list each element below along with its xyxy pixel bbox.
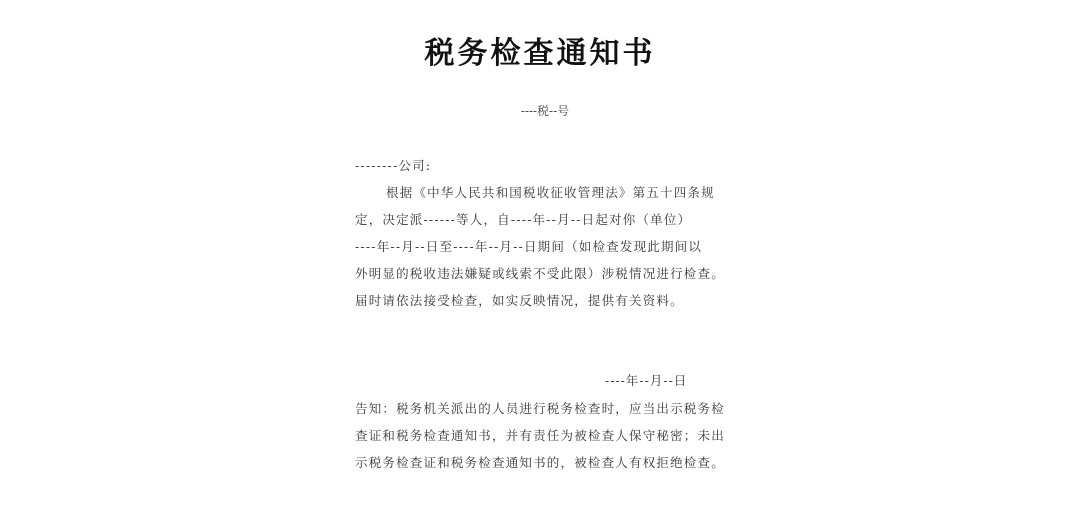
document-number: ----税--号: [0, 102, 1080, 119]
notice-line: 示税务检查证和税务检查通知书的，被检查人有权拒绝检查。: [355, 449, 745, 476]
paragraph-line: ----年--月--日至----年--月--日期间（如检查发现此期间以: [355, 233, 745, 260]
notice-body: --------公司: 根据《中华人民共和国税收征收管理法》第五十四条规 定，决…: [355, 152, 745, 314]
notice-line: 告知：税务机关派出的人员进行税务检查时，应当出示税务检: [355, 395, 745, 422]
document-title: 税务检查通知书: [0, 28, 1080, 72]
issue-date: ----年--月--日: [605, 371, 687, 389]
legal-notice: 告知：税务机关派出的人员进行税务检查时，应当出示税务检 查证和税务检查通知书，并…: [355, 395, 745, 476]
paragraph-line: 定，决定派------等人，自----年--月--日起对你（单位）: [355, 206, 745, 233]
paragraph-line: 外明显的税收违法嫌疑或线索不受此限）涉税情况进行检查。: [355, 260, 745, 287]
paragraph-line: 根据《中华人民共和国税收征收管理法》第五十四条规: [355, 179, 745, 206]
notice-line: 查证和税务检查通知书，并有责任为被检查人保守秘密；未出: [355, 422, 745, 449]
addressee: --------公司:: [355, 152, 745, 179]
paragraph-line: 届时请依法接受检查，如实反映情况，提供有关资料。: [355, 287, 745, 314]
